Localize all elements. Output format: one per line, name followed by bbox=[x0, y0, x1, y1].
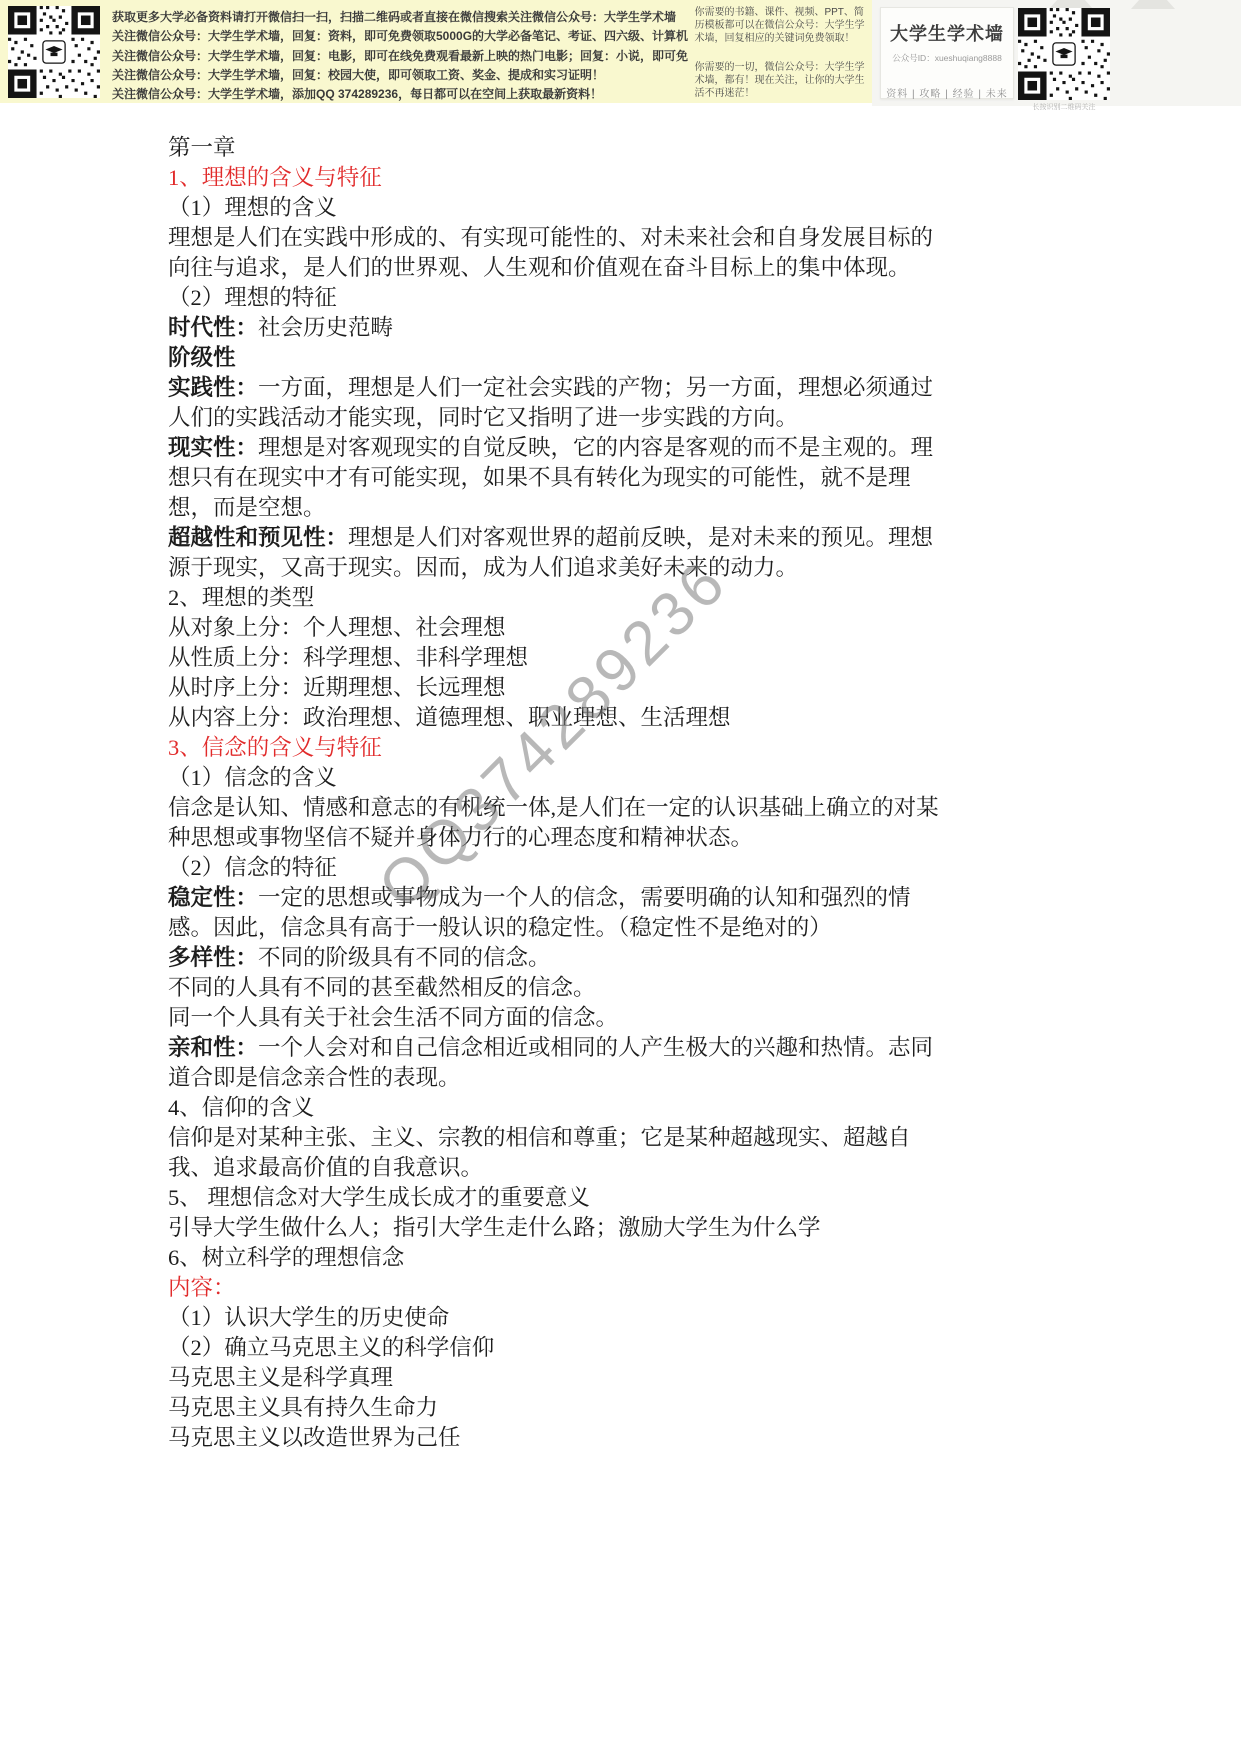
wechat-account-card: 大学生学术墙 公众号ID：xueshuqiang8888 资料 | 攻略 | 经… bbox=[880, 7, 1014, 99]
right-qr-block: 长按识别二维码关注 bbox=[1018, 8, 1110, 112]
line-text: （1）信念的含义 bbox=[168, 765, 337, 790]
line-text: 理想是对客观现实的自觉反映，它的内容是客观的而不是主观的。理想只有在现实中才有可… bbox=[168, 435, 933, 520]
doc-line: 从内容上分：政治理想、道德理想、职业理想、生活理想 bbox=[168, 703, 940, 733]
promo-banner: 获取更多大学必备资料请打开微信扫一扫，扫描二维码或者直接在微信搜索关注微信公众号… bbox=[0, 0, 1241, 106]
doc-line: 马克思主义是科学真理 bbox=[168, 1363, 940, 1393]
banner-left-section: 获取更多大学必备资料请打开微信扫一扫，扫描二维码或者直接在微信搜索关注微信公众号… bbox=[0, 0, 872, 103]
banner-right-section: 大学生学术墙 公众号ID：xueshuqiang8888 资料 | 攻略 | 经… bbox=[872, 0, 1241, 106]
term-label: 实践性： bbox=[168, 375, 258, 400]
doc-line: （2）确立马克思主义的科学信仰 bbox=[168, 1333, 940, 1363]
doc-line: 马克思主义具有持久生命力 bbox=[168, 1393, 940, 1423]
doc-line: （1）认识大学生的历史使命 bbox=[168, 1303, 940, 1333]
term-label: 多样性： bbox=[168, 945, 258, 970]
line-text: 信念是认知、情感和意志的有机统一体,是人们在一定的认识基础上确立的对某种思想或事… bbox=[168, 795, 939, 850]
section-heading: 内容： bbox=[168, 1273, 940, 1303]
doc-line: 实践性：一方面，理想是人们一定社会实践的产物；另一方面，理想必须通过人们的实践活… bbox=[168, 373, 940, 433]
line-text: 2、理想的类型 bbox=[168, 585, 314, 610]
doc-line: 6、树立科学的理想信念 bbox=[168, 1243, 940, 1273]
document-page: 获取更多大学必备资料请打开微信扫一扫，扫描二维码或者直接在微信搜索关注微信公众号… bbox=[0, 0, 1241, 1754]
doc-line: 5、 理想信念对大学生成长成才的重要意义 bbox=[168, 1183, 940, 1213]
doc-line: 从时序上分：近期理想、长远理想 bbox=[168, 673, 940, 703]
term-label: 超越性和预见性： bbox=[168, 525, 348, 550]
line-text: 理想是人们在实践中形成的、有实现可能性的、对未来社会和自身发展目标的向往与追求，… bbox=[168, 225, 933, 280]
term-label: 亲和性： bbox=[168, 1035, 258, 1060]
line-text: 6、树立科学的理想信念 bbox=[168, 1245, 404, 1270]
doc-line: 现实性：理想是对客观现实的自觉反映，它的内容是客观的而不是主观的。理想只有在现实… bbox=[168, 433, 940, 523]
line-text: 内容： bbox=[168, 1275, 236, 1300]
term-label: 时代性： bbox=[168, 315, 258, 340]
line-text: 从对象上分：个人理想、社会理想 bbox=[168, 615, 506, 640]
banner-side-notes: 你需要的书籍、课件、视频、PPT、简历模板都可以在微信公众号：大学生学术墙，回复… bbox=[694, 6, 866, 100]
promo-line: 关注微信公众号：大学生学术墙，回复：资料，即可免费领取5000G的大学必备笔记、… bbox=[112, 27, 688, 44]
doc-line: 稳定性：一定的思想或事物成为一个人的信念，需要明确的认知和强烈的情感。因此，信念… bbox=[168, 883, 940, 943]
line-text: 从时序上分：近期理想、长远理想 bbox=[168, 675, 506, 700]
line-text: 从性质上分：科学理想、非科学理想 bbox=[168, 645, 528, 670]
account-title: 大学生学术墙 bbox=[890, 20, 1004, 46]
doc-line: 同一个人具有关于社会生活不同方面的信念。 bbox=[168, 1003, 940, 1033]
line-text: 马克思主义是科学真理 bbox=[168, 1365, 393, 1390]
line-text: 社会历史范畴 bbox=[258, 315, 393, 340]
promo-line: 关注微信公众号：大学生学术墙，回复：电影，即可在线免费观看最新上映的热门电影；回… bbox=[112, 47, 688, 64]
side-note-top: 你需要的书籍、课件、视频、PPT、简历模板都可以在微信公众号：大学生学术墙，回复… bbox=[694, 6, 866, 45]
term-label: 现实性： bbox=[168, 435, 258, 460]
line-text: 一定的思想或事物成为一个人的信念，需要明确的认知和强烈的情感。因此，信念具有高于… bbox=[168, 885, 911, 940]
promo-line: 关注微信公众号：大学生学术墙，添加QQ 374289236，每日都可以在空间上获… bbox=[112, 85, 688, 102]
doc-line: 理想是人们在实践中形成的、有实现可能性的、对未来社会和自身发展目标的向往与追求，… bbox=[168, 223, 940, 283]
doc-line: （1）理想的含义 bbox=[168, 193, 940, 223]
decor-tab bbox=[1124, 0, 1182, 9]
term-label: 阶级性 bbox=[168, 345, 236, 370]
line-text: 第一章 bbox=[168, 135, 236, 160]
promo-line: 关注微信公众号：大学生学术墙，回复：校园大使，即可领取工资、奖金、提成和实习证明… bbox=[112, 66, 688, 83]
document-body: 第一章 1、理想的含义与特征 （1）理想的含义 理想是人们在实践中形成的、有实现… bbox=[168, 133, 940, 1453]
qr-code-icon bbox=[1018, 8, 1110, 100]
line-text: 一方面，理想是人们一定社会实践的产物；另一方面，理想必须通过人们的实践活动才能实… bbox=[168, 375, 933, 430]
line-text: （2）理想的特征 bbox=[168, 285, 337, 310]
line-text: （2）信念的特征 bbox=[168, 855, 337, 880]
doc-line: 多样性：不同的阶级具有不同的信念。 bbox=[168, 943, 940, 973]
line-text: 一个人会对和自己信念相近或相同的人产生极大的兴趣和热情。志同道合即是信念亲合性的… bbox=[168, 1035, 933, 1090]
line-text: 从内容上分：政治理想、道德理想、职业理想、生活理想 bbox=[168, 705, 731, 730]
doc-line: 引导大学生做什么人；指引大学生走什么路；激励大学生为什么学 bbox=[168, 1213, 940, 1243]
qr-code-icon bbox=[8, 6, 100, 98]
line-text: 4、信仰的含义 bbox=[168, 1095, 314, 1120]
account-id: 公众号ID：xueshuqiang8888 bbox=[892, 52, 1002, 64]
account-tags: 资料 | 攻略 | 经验 | 未来 bbox=[886, 85, 1007, 100]
term-label: 稳定性： bbox=[168, 885, 258, 910]
doc-line: 2、理想的类型 bbox=[168, 583, 940, 613]
doc-line: 不同的人具有不同的甚至截然相反的信念。 bbox=[168, 973, 940, 1003]
doc-line: 亲和性：一个人会对和自己信念相近或相同的人产生极大的兴趣和热情。志同道合即是信念… bbox=[168, 1033, 940, 1093]
line-text: 3、信念的含义与特征 bbox=[168, 735, 382, 760]
chapter-title: 第一章 bbox=[168, 133, 940, 163]
line-text: 信仰是对某种主张、主义、宗教的相信和尊重；它是某种超越现实、超越自我、追求最高价… bbox=[168, 1125, 911, 1180]
line-text: （2）确立马克思主义的科学信仰 bbox=[168, 1335, 494, 1360]
banner-promo-text: 获取更多大学必备资料请打开微信扫一扫，扫描二维码或者直接在微信搜索关注微信公众号… bbox=[112, 6, 688, 102]
line-text: 马克思主义具有持久生命力 bbox=[168, 1395, 438, 1420]
doc-line: （2）理想的特征 bbox=[168, 283, 940, 313]
promo-line: 获取更多大学必备资料请打开微信扫一扫，扫描二维码或者直接在微信搜索关注微信公众号… bbox=[112, 8, 688, 25]
doc-line: 4、信仰的含义 bbox=[168, 1093, 940, 1123]
line-text: 5、 理想信念对大学生成长成才的重要意义 bbox=[168, 1185, 590, 1210]
section-heading: 3、信念的含义与特征 bbox=[168, 733, 940, 763]
line-text: 1、理想的含义与特征 bbox=[168, 165, 382, 190]
line-text: 不同的人具有不同的甚至截然相反的信念。 bbox=[168, 975, 596, 1000]
doc-line: （2）信念的特征 bbox=[168, 853, 940, 883]
doc-line: 从性质上分：科学理想、非科学理想 bbox=[168, 643, 940, 673]
doc-line: 马克思主义以改造世界为己任 bbox=[168, 1423, 940, 1453]
line-text: 马克思主义以改造世界为己任 bbox=[168, 1425, 461, 1450]
doc-line: 时代性：社会历史范畴 bbox=[168, 313, 940, 343]
line-text: （1）理想的含义 bbox=[168, 195, 337, 220]
line-text: 引导大学生做什么人；指引大学生走什么路；激励大学生为什么学 bbox=[168, 1215, 821, 1240]
doc-line: 超越性和预见性：理想是人们对客观世界的超前反映，是对未来的预见。理想源于现实，又… bbox=[168, 523, 940, 583]
doc-line: 信念是认知、情感和意志的有机统一体,是人们在一定的认识基础上确立的对某种思想或事… bbox=[168, 793, 940, 853]
doc-line: 信仰是对某种主张、主义、宗教的相信和尊重；它是某种超越现实、超越自我、追求最高价… bbox=[168, 1123, 940, 1183]
section-heading: 1、理想的含义与特征 bbox=[168, 163, 940, 193]
line-text: 同一个人具有关于社会生活不同方面的信念。 bbox=[168, 1005, 618, 1030]
doc-line: 阶级性 bbox=[168, 343, 940, 373]
line-text: 不同的阶级具有不同的信念。 bbox=[258, 945, 551, 970]
side-note-bottom: 你需要的一切，微信公众号：大学生学术墙，都有！现在关注，让你的大学生活不再迷茫！ bbox=[694, 61, 866, 100]
qr-caption: 长按识别二维码关注 bbox=[1018, 102, 1110, 112]
doc-line: 从对象上分：个人理想、社会理想 bbox=[168, 613, 940, 643]
line-text: （1）认识大学生的历史使命 bbox=[168, 1305, 449, 1330]
doc-line: （1）信念的含义 bbox=[168, 763, 940, 793]
